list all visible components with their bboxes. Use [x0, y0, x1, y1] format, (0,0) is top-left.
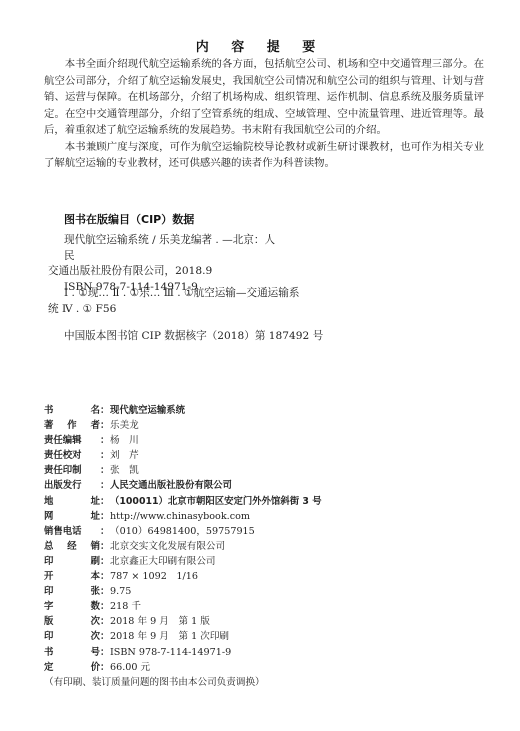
summary-paragraph: 本书全面介绍现代航空运输系统的各方面，包括航空公司、机场和空中交通管理三部分。在…	[44, 56, 484, 139]
colophon-value: 2018 年 9 月 第 1 次印刷	[110, 629, 484, 644]
colophon-row: 印刷：北京鑫正大印刷有限公司	[44, 554, 484, 569]
cip-class-line: Ⅰ . ①现… Ⅱ . ①乐… Ⅲ . ①航空运输—交通运输系	[48, 286, 368, 302]
colophon-row: 出版发行：人民交通出版社股份有限公司	[44, 478, 484, 493]
colophon-label-char: 址	[91, 509, 100, 524]
colophon-row: 定价：66.00 元	[44, 660, 484, 675]
colophon-label: 书号	[44, 645, 100, 660]
colophon-label-char: 印	[44, 584, 53, 599]
colophon-value: 北京交实文化发展有限公司	[110, 539, 484, 554]
colophon-colon: ：	[100, 584, 110, 599]
colophon-row: 印张：9.75	[44, 584, 484, 599]
colophon-colon: ：	[100, 448, 110, 463]
cip-approval-number: 中国版本图书馆 CIP 数据核字（2018）第 187492 号	[64, 328, 323, 343]
colophon-label-char: 网	[44, 509, 53, 524]
colophon-label: 书名	[44, 403, 100, 418]
colophon-label-char: 者	[91, 418, 100, 433]
cip-title-line: 现代航空运输系统 / 乐美龙编著 . —北京：人民	[48, 233, 278, 264]
colophon-label-char: 印	[44, 629, 53, 644]
colophon-row: 网址：http://www.chinasybook.com	[44, 509, 484, 524]
colophon-label-char: 数	[91, 599, 100, 614]
colophon-value: 787 × 1092 1/16	[110, 569, 484, 584]
colophon-colon: ：	[100, 614, 110, 629]
colophon-label: 责任编辑	[44, 433, 100, 448]
colophon-label-char: 址	[91, 494, 100, 509]
colophon-colon: ：	[100, 554, 110, 569]
colophon-label: 印刷	[44, 554, 100, 569]
colophon-value: 人民交通出版社股份有限公司	[110, 478, 484, 493]
colophon-colon: ：	[100, 569, 110, 584]
cip-class-line: 统 Ⅳ . ① F56	[48, 302, 368, 318]
colophon-value: 66.00 元	[110, 660, 484, 675]
colophon-colon: ：	[100, 629, 110, 644]
colophon-value: 乐美龙	[110, 418, 484, 433]
colophon-row: 书名：现代航空运输系统	[44, 403, 484, 418]
colophon-colon: ：	[100, 645, 110, 660]
colophon-row: 地址：（100011）北京市朝阳区安定门外外馆斜街 3 号	[44, 494, 484, 509]
summary-title: 内 容 提 要	[0, 36, 520, 55]
colophon-label-char: 张	[91, 584, 100, 599]
colophon-colon: ：	[100, 509, 110, 524]
colophon-label-char: 作	[67, 418, 76, 433]
colophon-value: 218 千	[110, 599, 484, 614]
cip-heading: 图书在版编目（CIP）数据	[64, 211, 194, 227]
colophon-row: 责任印制：张 凯	[44, 463, 484, 478]
colophon: 书名：现代航空运输系统著作者：乐美龙责任编辑：杨 川责任校对：刘 芹责任印制：张…	[44, 403, 484, 690]
colophon-label-char: 书	[44, 403, 53, 418]
colophon-label: 责任印制	[44, 463, 100, 478]
colophon-row: 字数：218 千	[44, 599, 484, 614]
colophon-colon: ：	[100, 418, 110, 433]
colophon-label: 销售电话	[44, 524, 100, 539]
colophon-label-char: 刷	[91, 554, 100, 569]
colophon-row: 责任编辑：杨 川	[44, 433, 484, 448]
colophon-row: 销售电话：（010）64981400，59757915	[44, 524, 484, 539]
colophon-row: 总经销：北京交实文化发展有限公司	[44, 539, 484, 554]
colophon-label-char: 总	[44, 539, 53, 554]
colophon-label-char: 责任印制	[44, 463, 82, 478]
colophon-value: （100011）北京市朝阳区安定门外外馆斜街 3 号	[110, 494, 484, 509]
cip-publisher-line: 交通出版社股份有限公司，2018.9	[48, 264, 278, 280]
colophon-value: ISBN 978-7-114-14971-9	[110, 645, 484, 660]
colophon-label-char: 著	[44, 418, 53, 433]
colophon-label-char: 出版发行	[44, 478, 82, 493]
colophon-label-char: 销	[91, 539, 100, 554]
colophon-value: （010）64981400，59757915	[110, 524, 484, 539]
summary-text: 本书全面介绍现代航空运输系统的各方面，包括航空公司、机场和空中交通管理三部分。在…	[44, 56, 484, 172]
colophon-label-char: 次	[91, 614, 100, 629]
colophon-value: http://www.chinasybook.com	[110, 509, 484, 524]
colophon-colon: ：	[100, 433, 110, 448]
colophon-value: 刘 芹	[110, 448, 484, 463]
colophon-value: 北京鑫正大印刷有限公司	[110, 554, 484, 569]
colophon-value: 现代航空运输系统	[110, 403, 484, 418]
colophon-label: 印次	[44, 629, 100, 644]
colophon-label-char: 地	[44, 494, 53, 509]
colophon-colon: ：	[100, 524, 110, 539]
colophon-row: 版次：2018 年 9 月 第 1 版	[44, 614, 484, 629]
colophon-label-char: 经	[67, 539, 76, 554]
colophon-row: 书号：ISBN 978-7-114-14971-9	[44, 645, 484, 660]
colophon-label-char: 开	[44, 569, 53, 584]
colophon-colon: ：	[100, 539, 110, 554]
colophon-label: 印张	[44, 584, 100, 599]
colophon-label-char: 本	[91, 569, 100, 584]
colophon-label: 地址	[44, 494, 100, 509]
colophon-label: 版次	[44, 614, 100, 629]
colophon-value: 张 凯	[110, 463, 484, 478]
colophon-colon: ：	[100, 599, 110, 614]
summary-paragraph: 本书兼顾广度与深度，可作为航空运输院校导论教材或新生研讨课教材，也可作为相关专业…	[44, 139, 484, 172]
colophon-label: 字数	[44, 599, 100, 614]
colophon-label-char: 书	[44, 645, 53, 660]
colophon-label-char: 责任编辑	[44, 433, 82, 448]
colophon-label-char: 印	[44, 554, 53, 569]
colophon-colon: ：	[100, 403, 110, 418]
colophon-row: 印次：2018 年 9 月 第 1 次印刷	[44, 629, 484, 644]
colophon-row: 著作者：乐美龙	[44, 418, 484, 433]
colophon-value: 9.75	[110, 584, 484, 599]
colophon-label: 总经销	[44, 539, 100, 554]
colophon-label: 开本	[44, 569, 100, 584]
cip-classification: Ⅰ . ①现… Ⅱ . ①乐… Ⅲ . ①航空运输—交通运输系 统 Ⅳ . ① …	[48, 286, 368, 317]
colophon-label-char: 销售电话	[44, 524, 82, 539]
colophon-label-char: 版	[44, 614, 53, 629]
colophon-row: 责任校对：刘 芹	[44, 448, 484, 463]
colophon-label-char: 字	[44, 599, 53, 614]
colophon-label: 网址	[44, 509, 100, 524]
colophon-colon: ：	[100, 660, 110, 675]
colophon-colon: ：	[100, 494, 110, 509]
colophon-label: 定价	[44, 660, 100, 675]
colophon-label-char: 责任校对	[44, 448, 82, 463]
quality-note: （有印刷、装订质量问题的图书由本公司负责调换）	[44, 675, 484, 690]
colophon-value: 2018 年 9 月 第 1 版	[110, 614, 484, 629]
colophon-label-char: 名	[91, 403, 100, 418]
colophon-colon: ：	[100, 478, 110, 493]
colophon-colon: ：	[100, 463, 110, 478]
colophon-label: 出版发行	[44, 478, 100, 493]
colophon-row: 开本：787 × 1092 1/16	[44, 569, 484, 584]
colophon-label-char: 定	[44, 660, 53, 675]
colophon-label: 责任校对	[44, 448, 100, 463]
colophon-label-char: 价	[91, 660, 100, 675]
colophon-value: 杨 川	[110, 433, 484, 448]
colophon-label-char: 号	[91, 645, 100, 660]
colophon-label: 著作者	[44, 418, 100, 433]
colophon-label-char: 次	[91, 629, 100, 644]
